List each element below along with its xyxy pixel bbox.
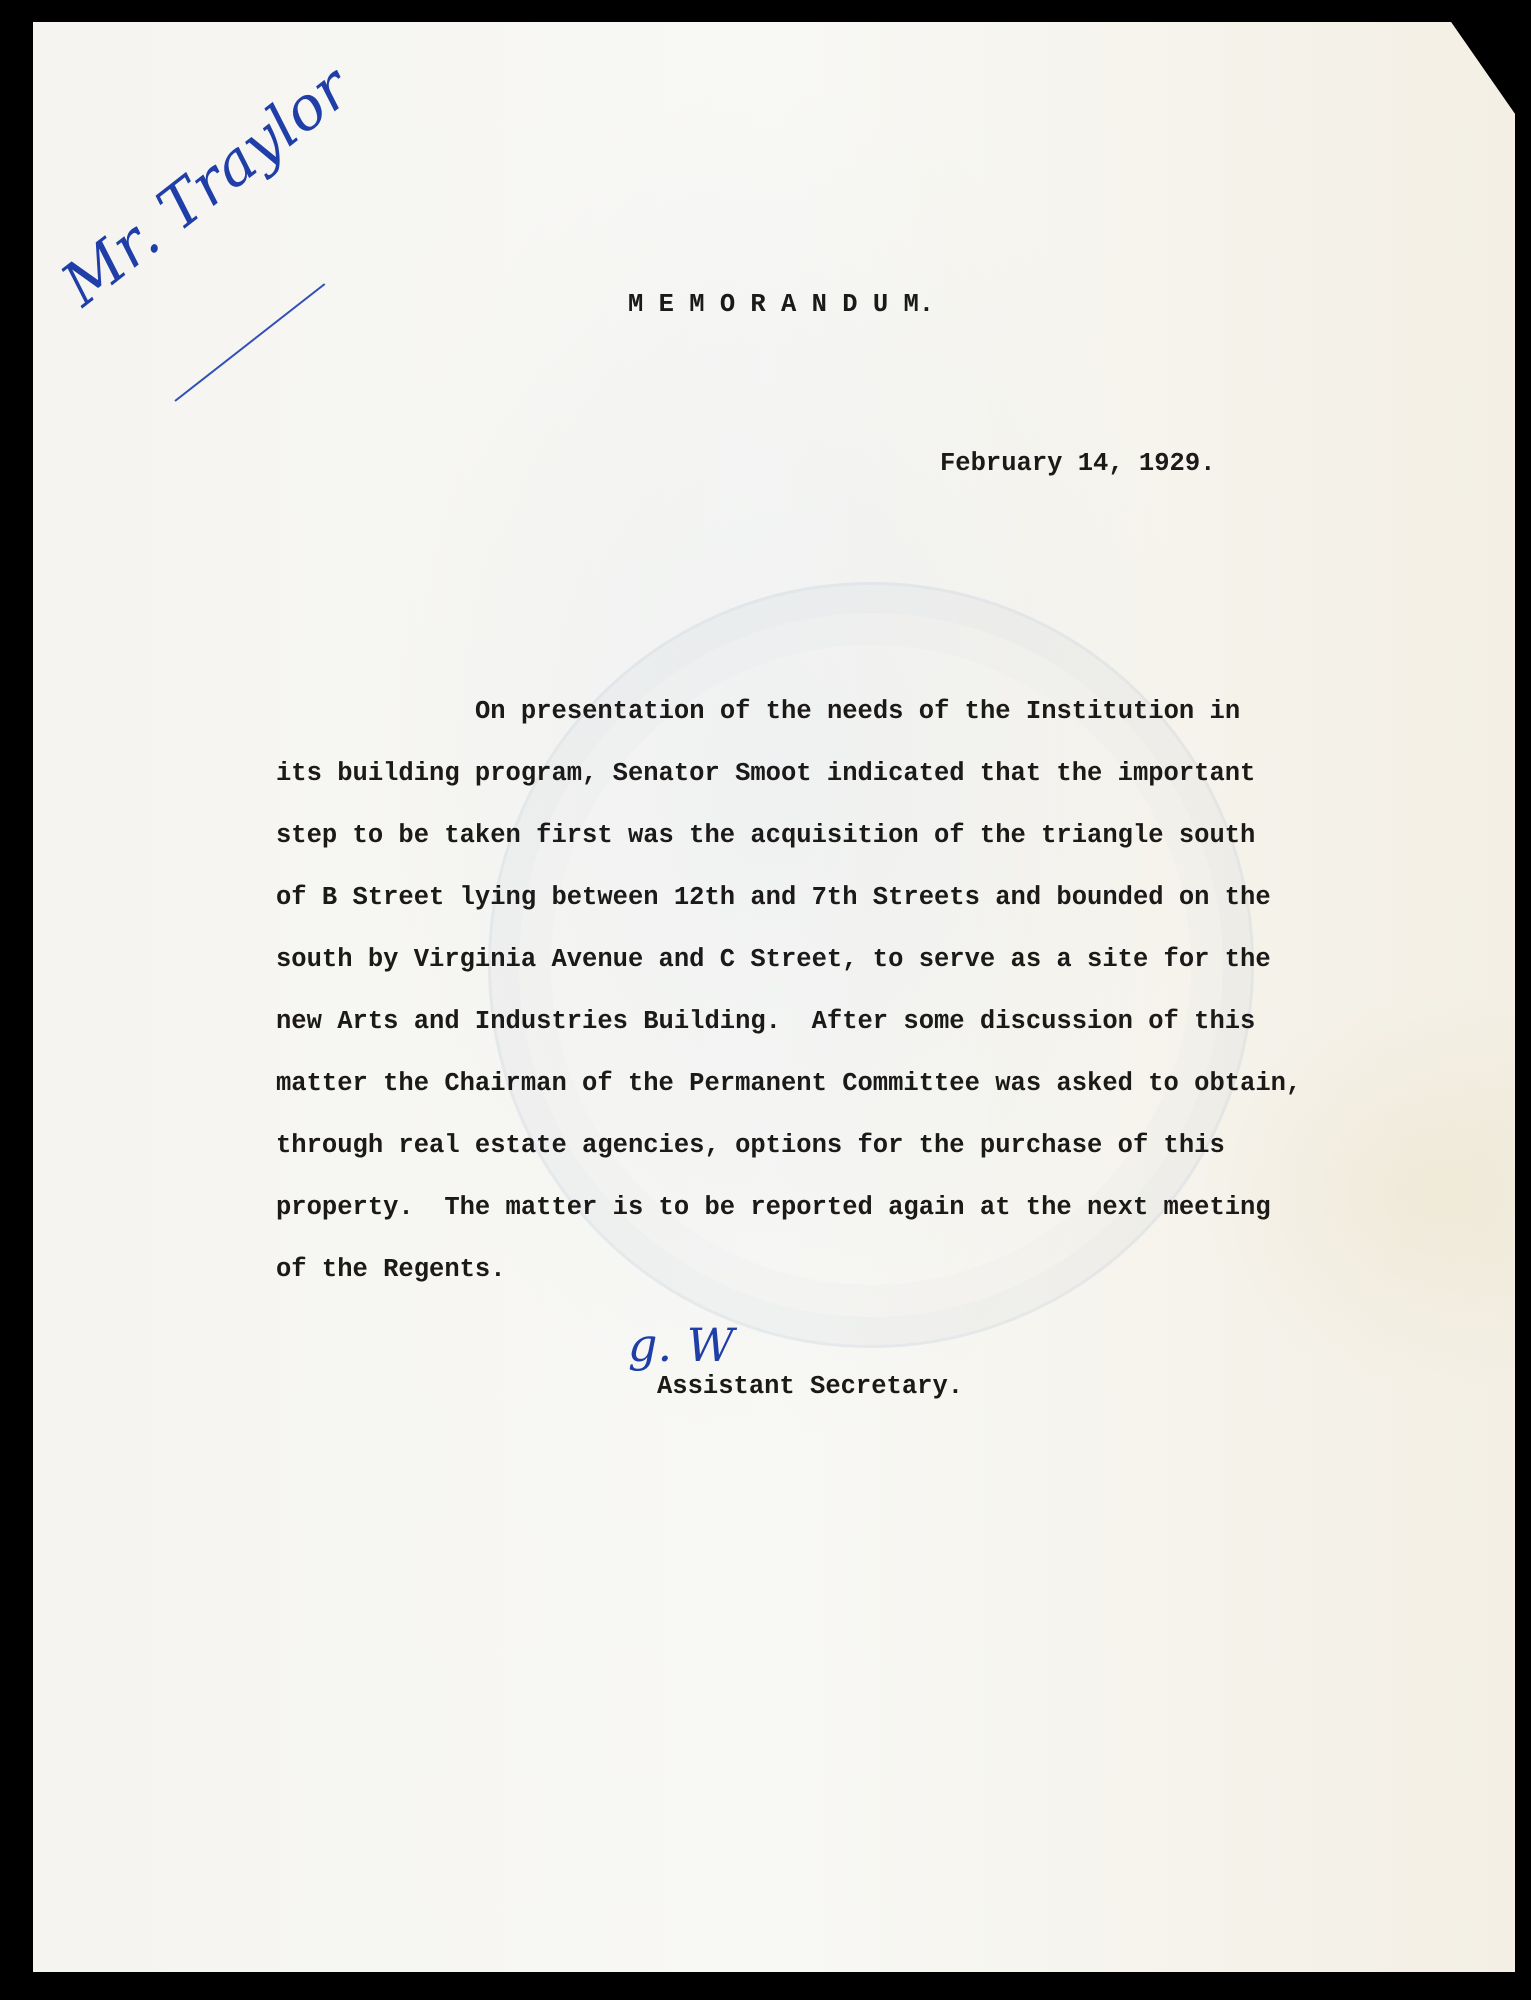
signature-title: Assistant Secretary. [657, 1374, 963, 1400]
body-line: of B Street lying between 12th and 7th S… [276, 885, 1271, 911]
body-line: of the Regents. [276, 1257, 506, 1283]
body-line: step to be taken first was the acquisiti… [276, 823, 1255, 849]
body-line: On presentation of the needs of the Inst… [475, 699, 1240, 725]
handwritten-initials: g. W [628, 1318, 734, 1372]
body-line: south by Virginia Avenue and C Street, t… [276, 947, 1271, 973]
memo-title: M E M O R A N D U M. [628, 292, 934, 318]
body-line: through real estate agencies, options fo… [276, 1133, 1225, 1159]
body-line: its building program, Senator Smoot indi… [276, 761, 1255, 787]
body-line: matter the Chairman of the Permanent Com… [276, 1071, 1301, 1097]
body-line: property. The matter is to be reported a… [276, 1195, 1271, 1221]
memo-date: February 14, 1929. [940, 451, 1215, 477]
body-line: new Arts and Industries Building. After … [276, 1009, 1255, 1035]
